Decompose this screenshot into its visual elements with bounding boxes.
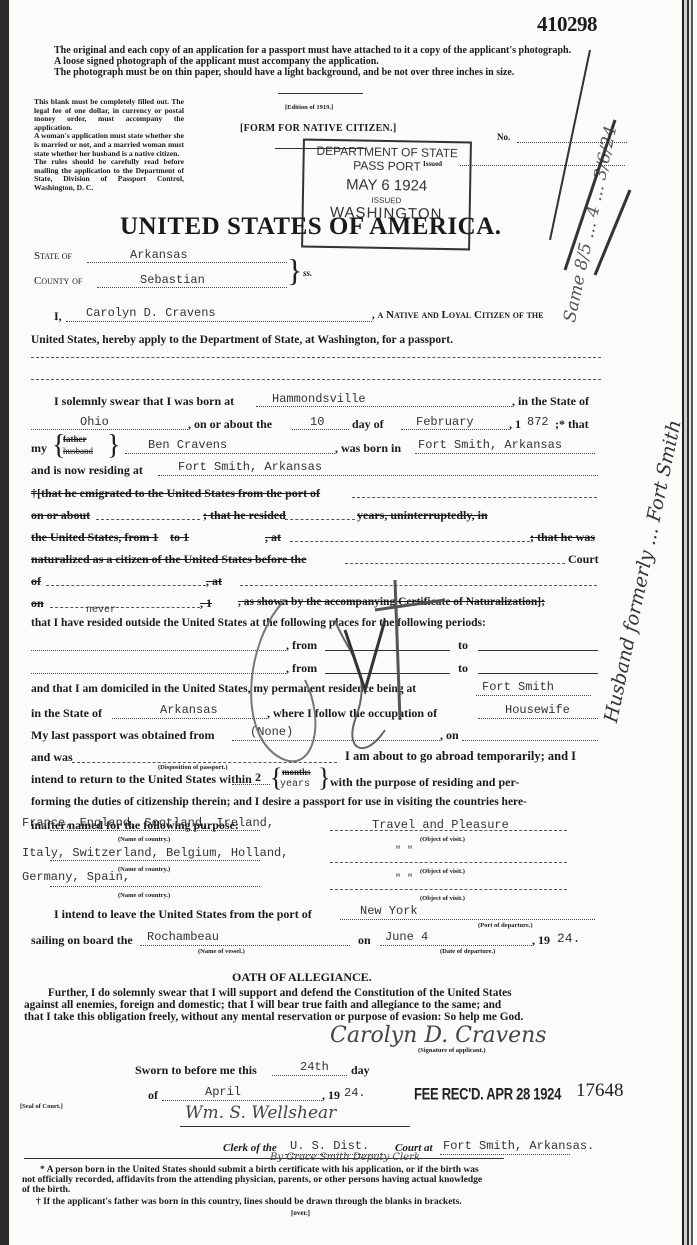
country-caption-1: (Name of country.)	[118, 836, 170, 843]
issued-label: Issued	[423, 160, 442, 168]
court-name-field[interactable]: U. S. Dist.	[290, 1139, 369, 1153]
sworn-born-text: I solemnly swear that I was born at	[54, 394, 234, 409]
destination-object-3[interactable]: " "	[395, 874, 413, 885]
at-struck: , at	[265, 530, 281, 545]
clerk-signature: Wm. S. Wellshear	[185, 1103, 336, 1123]
footnote-birth-3: of the birth.	[22, 1185, 70, 1195]
ss-label: ss.	[303, 268, 312, 278]
sworn-text: Sworn to before me this	[135, 1063, 257, 1078]
husband-option[interactable]: husband	[63, 446, 93, 456]
permanent-residence-field[interactable]: Fort Smith	[482, 680, 554, 694]
destination-countries-3[interactable]: Germany, Spain,	[22, 870, 130, 884]
day-label: day	[351, 1063, 370, 1078]
clerk-of-the-text: Clerk of the	[223, 1142, 277, 1154]
sworn-month-field[interactable]: April	[205, 1085, 241, 1099]
fee-received-stamp: FEE REC'D. APR 28 1924	[414, 1084, 561, 1104]
sailing-text: sailing on board the	[31, 933, 133, 948]
year-prefix: , 1	[509, 417, 521, 432]
state-field[interactable]: Arkansas	[130, 248, 188, 262]
object-caption-3: (Object of visit.)	[420, 895, 465, 902]
applicant-name-field[interactable]: Carolyn D. Cravens	[86, 306, 216, 320]
never-insert: never	[86, 605, 116, 616]
disposition-caption: (Disposition of passport.)	[158, 764, 228, 771]
on-or-about-struck: on or about	[31, 508, 90, 523]
departure-year-prefix: , 19	[532, 933, 550, 948]
right-brace: }	[107, 432, 120, 460]
at2-struck: , at	[206, 574, 222, 589]
port-field[interactable]: New York	[360, 904, 418, 918]
county-field[interactable]: Sebastian	[140, 273, 205, 287]
stamp-department: DEPARTMENT OF STATE	[305, 144, 470, 161]
occupation-field[interactable]: Housewife	[505, 703, 570, 717]
applicant-intro: I,	[54, 309, 62, 324]
on-departure-text: on	[358, 933, 371, 948]
departure-date-field[interactable]: June 4	[385, 930, 428, 944]
destination-countries-1[interactable]: France, England, Scotland, Ireland,	[22, 816, 274, 830]
serial-number: 410298	[537, 12, 597, 37]
resided-struck: ; that he resided	[203, 508, 286, 523]
footnote-father: † If the applicant's father was born in …	[36, 1197, 462, 1207]
stamp-date: MAY 6 1924	[304, 176, 469, 196]
last-passport-text: My last passport was obtained from	[31, 728, 214, 743]
sworn-year-field[interactable]: 24.	[344, 1086, 366, 1100]
check-mark-icon	[520, 40, 640, 280]
no-label: No.	[497, 132, 510, 142]
born-in-text: , was born in	[335, 441, 401, 456]
sworn-year-prefix: , 19	[322, 1088, 340, 1103]
court-struck: Court	[568, 552, 599, 567]
destination-countries-2[interactable]: Italy, Switzerland, Belgium, Holland,	[22, 846, 288, 860]
and-was-text: and was	[31, 750, 73, 765]
instruction-woman: A woman's application must state whether…	[34, 132, 184, 158]
that-text: ;* that	[555, 417, 589, 432]
day-of-text: day of	[352, 417, 384, 432]
intend-return-text: intend to return to the United States wi…	[31, 772, 252, 787]
edition-label: [Edition of 1919.]	[285, 104, 333, 111]
oath-line-1: Further, I do solemnly swear that I will…	[48, 987, 512, 999]
sworn-day-field[interactable]: 24th	[300, 1060, 329, 1074]
right-scan-border	[679, 0, 697, 1245]
years-option[interactable]: years	[280, 779, 310, 790]
instruction-fee: This blank must be completely filled out…	[34, 98, 184, 132]
margin-note-husband: Husband formerly ... Fort Smith	[600, 418, 686, 725]
father-option[interactable]: father	[63, 434, 87, 444]
state-label: State of	[34, 250, 72, 262]
residing-text: and is now residing at	[31, 463, 143, 478]
relative-birthplace-field[interactable]: Fort Smith, Arkansas	[418, 438, 562, 452]
native-citizen-text: , a Native and Loyal Citizen of the	[372, 309, 543, 321]
my-text: my	[31, 441, 47, 456]
relative-name-field[interactable]: Ben Cravens	[148, 438, 227, 452]
photo-notice-1: The original and each copy of an applica…	[54, 45, 571, 56]
instructions-block: This blank must be completely filled out…	[34, 98, 184, 193]
fee-number: 17648	[576, 1080, 624, 1102]
oath-heading: OATH OF ALLEGIANCE.	[232, 970, 372, 985]
stamp-passport: PASS PORT	[304, 158, 469, 175]
left-scan-border	[0, 0, 9, 1245]
residence-field[interactable]: Fort Smith, Arkansas	[178, 460, 322, 474]
bracket: }	[287, 254, 302, 286]
photo-notice-3: The photograph must be on thin paper, sh…	[54, 67, 514, 78]
footnote-birth-2: not officially recorded, affidavits from…	[22, 1175, 482, 1185]
county-label: County of	[34, 275, 82, 287]
from-struck: the United States, from 1	[31, 530, 158, 545]
oath-line-3: that I take this obligation freely, with…	[24, 1011, 523, 1023]
deputy-clerk-signature: By Grace Smith Deputy Clerk	[270, 1152, 420, 1163]
to-struck: to 1	[170, 530, 189, 545]
applicant-signature: Carolyn D. Cravens	[330, 1023, 547, 1048]
oath-line-2: against all enemies, foreign and domesti…	[24, 999, 501, 1011]
birth-day-field[interactable]: 10	[310, 415, 324, 429]
vessel-caption: (Name of vessel.)	[198, 948, 245, 955]
over-label: [over.]	[291, 1208, 310, 1218]
vessel-field[interactable]: Rochambeau	[147, 930, 219, 944]
on-struck: on	[31, 596, 44, 611]
birth-state-field[interactable]: Ohio	[80, 415, 109, 429]
emigrated-struck: †[that he emigrated to the United States…	[31, 486, 320, 501]
on-or-about-text: , on or about the	[188, 417, 272, 432]
photo-notice-2: A loose signed photograph of the applica…	[54, 56, 379, 67]
years-struck: years, uninterruptedly, in	[357, 508, 488, 523]
document-title: UNITED STATES OF AMERICA.	[120, 213, 502, 241]
date-caption: (Date of departure.)	[440, 948, 495, 955]
birth-month-field[interactable]: February	[416, 415, 474, 429]
year-struck: , 1	[200, 596, 212, 611]
port-text: I intend to leave the United States from…	[54, 907, 312, 922]
that-he-was-struck: ; that he was	[530, 530, 595, 545]
of-label: of	[148, 1088, 158, 1103]
birthplace-field[interactable]: Hammondsville	[272, 392, 366, 406]
country-caption-3: (Name of country.)	[118, 892, 170, 899]
destination-object-2[interactable]: " "	[395, 846, 413, 857]
object-caption-1: (Object of visit.)	[420, 836, 465, 843]
object-caption-2: (Object of visit.)	[420, 868, 465, 875]
domicile-state-text: in the State of	[31, 706, 102, 721]
citizenship-duties-text: forming the duties of citizenship therei…	[31, 796, 527, 808]
in-state-text: , in the State of	[512, 394, 589, 409]
departure-year-field[interactable]: 24.	[557, 931, 580, 946]
of-struck: of	[31, 574, 41, 589]
signature-caption: (Signature of applicant.)	[418, 1047, 486, 1054]
handwritten-overlay-icon	[225, 560, 485, 780]
port-caption: (Port of departure.)	[478, 922, 533, 929]
birth-year-field[interactable]: 872	[527, 415, 549, 429]
apply-text: United States, hereby apply to the Depar…	[31, 334, 453, 346]
form-type-label: [FORM FOR NATIVE CITIZEN.]	[240, 123, 397, 134]
passport-application-page: 410298 The original and each copy of an …	[0, 0, 697, 1245]
footnote-birth-1: * A person born in the United States sho…	[40, 1165, 479, 1175]
court-location-field[interactable]: Fort Smith, Arkansas.	[443, 1139, 594, 1153]
seal-caption: [Seal of Court.]	[20, 1103, 63, 1110]
domicile-state-field[interactable]: Arkansas	[160, 703, 218, 717]
instruction-rules: The rules should be carefully read befor…	[34, 158, 184, 192]
